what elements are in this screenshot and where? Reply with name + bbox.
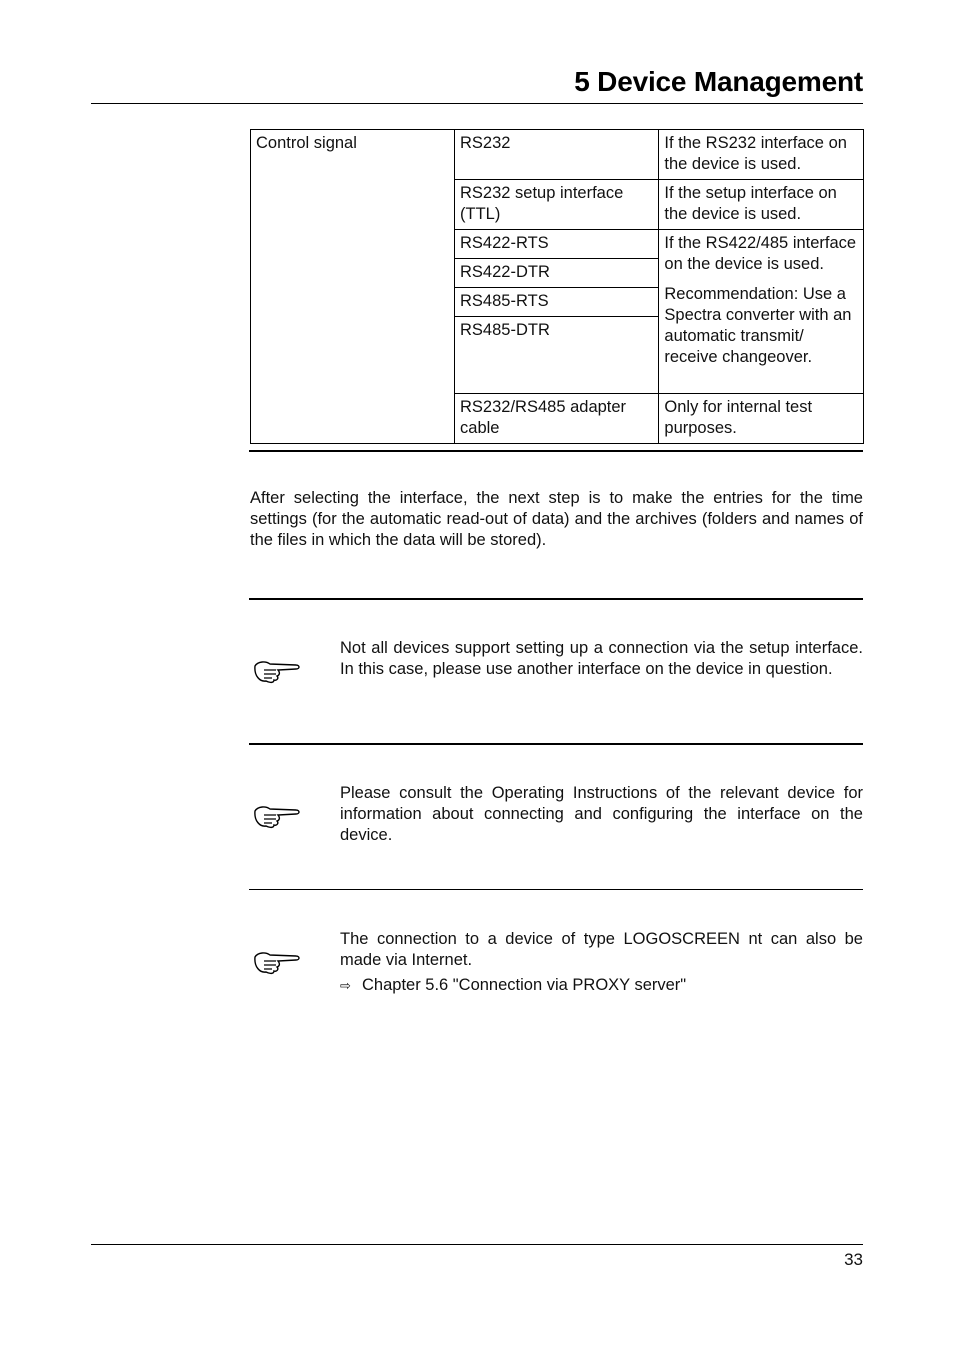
chapter-title: 5 Device Management xyxy=(574,66,863,98)
note-separator xyxy=(249,743,863,745)
interface-cell: RS232 setup interface (TTL) xyxy=(455,180,659,230)
interface-cell: RS485-DTR xyxy=(455,317,659,394)
pointing-hand-icon xyxy=(252,803,302,829)
table-end-rule xyxy=(249,450,863,452)
pointing-hand-icon xyxy=(252,949,302,975)
note-separator xyxy=(249,598,863,600)
interface-cell: RS232/RS485 adapter cable xyxy=(455,394,659,444)
note-text: The connection to a device of type LOGOS… xyxy=(340,929,863,971)
arrow-right-icon: ⇨ xyxy=(340,975,362,996)
note-separator xyxy=(249,889,863,890)
body-paragraph: After selecting the interface, the next … xyxy=(250,488,863,551)
interface-cell: RS232 xyxy=(455,130,659,180)
header-rule xyxy=(91,103,863,104)
description-text: If the RS422/485 interface on the device… xyxy=(664,233,858,275)
interface-cell: RS422-DTR xyxy=(455,259,659,288)
note-text: Please consult the Operating Instruction… xyxy=(340,783,863,846)
description-cell: If the setup interface on the device is … xyxy=(659,180,864,230)
chapter-reference-link[interactable]: ⇨Chapter 5.6 "Connection via PROXY serve… xyxy=(340,975,686,996)
description-cell: If the RS232 interface on the device is … xyxy=(659,130,864,180)
interface-cell: RS485-RTS xyxy=(455,288,659,317)
pointing-hand-icon xyxy=(252,658,302,684)
group-description-cell: If the RS422/485 interface on the device… xyxy=(659,230,864,394)
page-number: 33 xyxy=(844,1250,863,1270)
description-cell: Only for internal test purposes. xyxy=(659,394,864,444)
note-text: Not all devices support setting up a con… xyxy=(340,638,863,680)
footer-rule xyxy=(91,1244,863,1245)
row-label-cell: Control signal xyxy=(251,130,455,444)
recommendation-text: Recommendation: Use a Spectra converter … xyxy=(664,284,858,368)
control-signal-table: Control signal RS232 If the RS232 interf… xyxy=(250,129,864,444)
table-row: Control signal RS232 If the RS232 interf… xyxy=(251,130,864,180)
interface-cell: RS422-RTS xyxy=(455,230,659,259)
chapter-reference-text[interactable]: Chapter 5.6 "Connection via PROXY server… xyxy=(362,976,686,994)
